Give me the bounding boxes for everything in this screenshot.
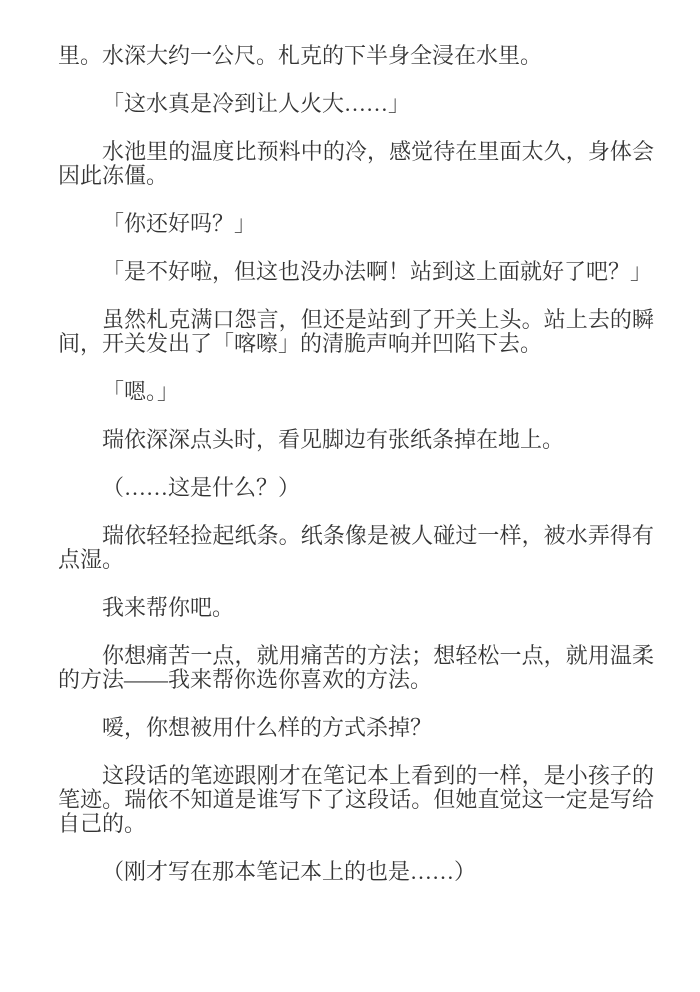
paragraph: 「是不好啦，但这也没办法啊！站到这上面就好了吧？」 bbox=[58, 260, 654, 284]
novel-page: 里。水深大约一公尺。札克的下半身全浸在水里。「这水真是冷到让人火大……」水池里的… bbox=[0, 0, 700, 992]
paragraph: 这段话的笔迹跟刚才在笔记本上看到的一样，是小孩子的笔迹。瑞依不知道是谁写下了这段… bbox=[58, 764, 654, 836]
paragraph: 「嗯。」 bbox=[58, 380, 654, 404]
paragraph: 虽然札克满口怨言，但还是站到了开关上头。站上去的瞬间，开关发出了「喀嚓」的清脆声… bbox=[58, 308, 654, 356]
paragraph: （……这是什么？） bbox=[58, 476, 654, 500]
paragraph: 瑞依轻轻捡起纸条。纸条像是被人碰过一样，被水弄得有点湿。 bbox=[58, 524, 654, 572]
paragraph: 嗳，你想被用什么样的方式杀掉？ bbox=[58, 716, 654, 740]
paragraph: 你想痛苦一点，就用痛苦的方法；想轻松一点，就用温柔的方法——我来帮你选你喜欢的方… bbox=[58, 644, 654, 692]
paragraph: 瑞依深深点头时，看见脚边有张纸条掉在地上。 bbox=[58, 428, 654, 452]
paragraph: 「这水真是冷到让人火大……」 bbox=[58, 92, 654, 116]
paragraph: 水池里的温度比预料中的冷，感觉待在里面太久，身体会因此冻僵。 bbox=[58, 140, 654, 188]
paragraph: （刚才写在那本笔记本上的也是……） bbox=[58, 860, 654, 884]
paragraph: 里。水深大约一公尺。札克的下半身全浸在水里。 bbox=[58, 44, 654, 68]
paragraph: 我来帮你吧。 bbox=[58, 596, 654, 620]
paragraph: 「你还好吗？」 bbox=[58, 212, 654, 236]
body-text: 里。水深大约一公尺。札克的下半身全浸在水里。「这水真是冷到让人火大……」水池里的… bbox=[58, 44, 654, 884]
